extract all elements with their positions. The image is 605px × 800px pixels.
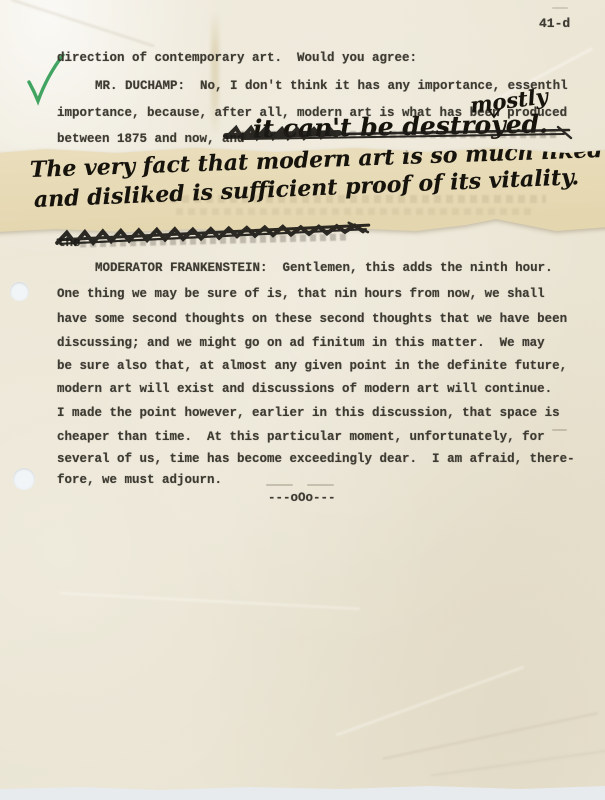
ink-showthrough bbox=[176, 208, 536, 215]
punch-hole bbox=[10, 282, 29, 301]
typed-line: discussing; and we might go on ad finitu… bbox=[57, 336, 545, 350]
typed-line: several of us, time has become exceeding… bbox=[57, 452, 575, 466]
typed-line: have some second thoughts on these secon… bbox=[57, 312, 567, 326]
pencil-dash-margin bbox=[552, 429, 567, 431]
typed-line: MODERATOR FRANKENSTEIN: Gentlemen, this … bbox=[95, 261, 553, 275]
wrinkle-texture bbox=[382, 712, 598, 760]
typed-divider: ---oOo--- bbox=[268, 491, 336, 505]
wrinkle-texture bbox=[60, 592, 360, 610]
typed-line: modern art will exist and discussions of… bbox=[57, 382, 552, 396]
typed-line: between 1875 and now, and bbox=[57, 132, 245, 146]
scanned-document: 41-d direction of contemporary art. Woul… bbox=[0, 0, 605, 800]
typed-line: direction of contemporary art. Would you… bbox=[57, 51, 417, 65]
pencil-dash bbox=[307, 484, 334, 486]
ink-scratch-out bbox=[224, 124, 576, 144]
typed-line: One thing we may be sure of is, that nin… bbox=[57, 287, 545, 301]
wrinkle-texture bbox=[336, 666, 525, 736]
wrinkle-texture bbox=[431, 749, 605, 776]
pencil-mark bbox=[552, 7, 568, 9]
typed-line: I made the point however, earlier in thi… bbox=[57, 406, 560, 420]
page-number: 41-d bbox=[539, 16, 570, 31]
paper-sheet: 41-d direction of contemporary art. Woul… bbox=[0, 0, 605, 790]
pencil-dash bbox=[266, 484, 293, 486]
typed-line: be sure also that, at almost any given p… bbox=[57, 359, 567, 373]
punch-hole bbox=[13, 468, 35, 490]
wrinkle-texture bbox=[11, 0, 154, 47]
typed-line: cheaper than time. At this particular mo… bbox=[57, 430, 545, 444]
typed-line: fore, we must adjourn. bbox=[57, 473, 222, 487]
